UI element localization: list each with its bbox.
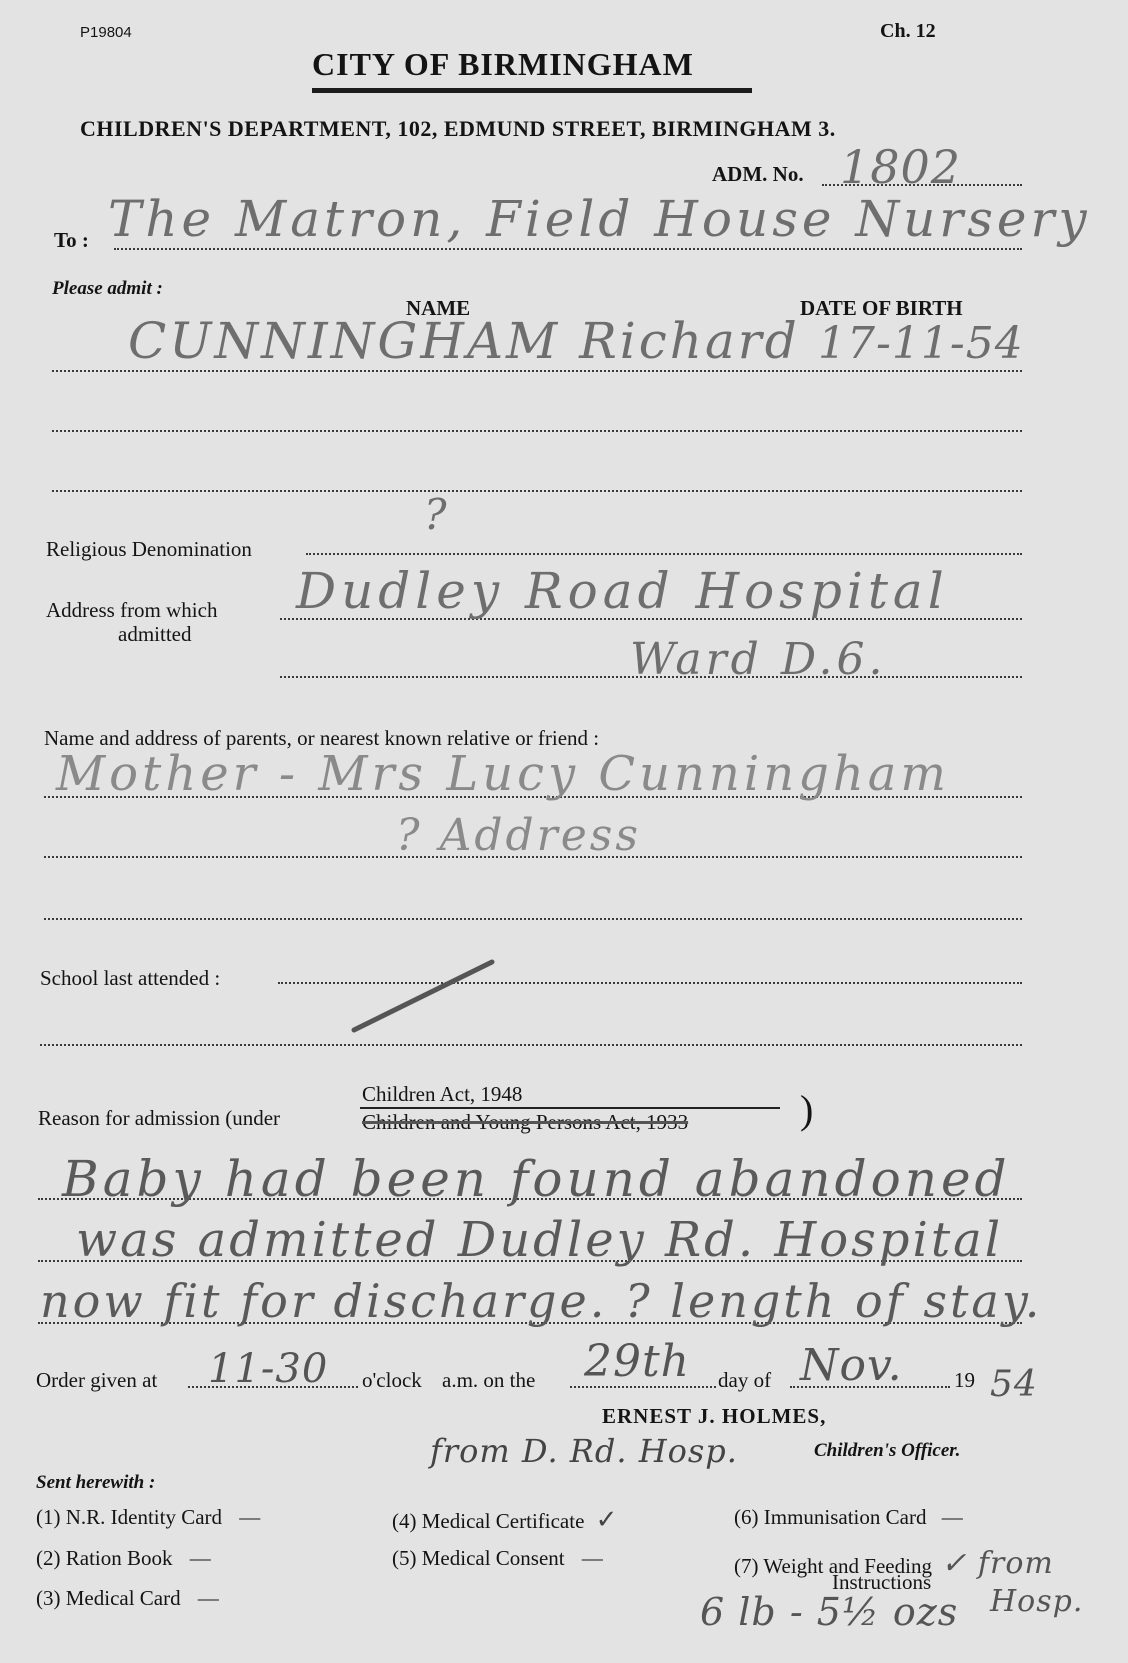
sent-item-5: (5) Medical Consent — (392, 1546, 603, 1571)
department-address: CHILDREN'S DEPARTMENT, 102, EDMUND STREE… (80, 116, 836, 142)
school-dash-mark (348, 956, 498, 1036)
act-divider (360, 1107, 780, 1109)
sent-item-3-label: (3) Medical Card (36, 1586, 181, 1610)
adm-no-label: ADM. No. (712, 162, 804, 187)
sent-item-4: (4) Medical Certificate ✓ (392, 1505, 617, 1535)
reason-value-1: Baby had been found abandoned (62, 1150, 1011, 1208)
ampm-label: a.m. on the (442, 1368, 535, 1393)
reason-value-2: was admitted Dudley Rd. Hospital (76, 1212, 1003, 1268)
check-icon: ✓ (596, 1505, 618, 1534)
religion-line (306, 553, 1022, 555)
form-code: P19804 (80, 24, 132, 41)
oclock-label: o'clock (362, 1368, 422, 1393)
act-1933: Children and Young Persons Act, 1933 (362, 1110, 688, 1135)
address-value-2: Ward D.6. (630, 634, 887, 685)
adm-no-value: 1802 (840, 140, 961, 194)
title-underline (312, 88, 752, 93)
order-time: 11-30 (208, 1346, 328, 1392)
day-of-label: day of (718, 1368, 771, 1393)
sent-item-7-mark: ✓ from (941, 1546, 1054, 1581)
sent-item-6-label: (6) Immunisation Card (734, 1505, 926, 1529)
sent-item-3-mark: — (198, 1586, 219, 1610)
child-dob: 17-11-54 (818, 318, 1024, 369)
sent-item-5-mark: — (582, 1546, 603, 1570)
parents-value-2: ? Address (396, 810, 641, 861)
reason-value-3: now fit for discharge. ? length of stay. (40, 1274, 1042, 1328)
address-label: Address from which (46, 598, 217, 623)
sent-label: Sent herewith : (36, 1472, 155, 1494)
sent-item-2-label: (2) Ration Book (36, 1546, 173, 1570)
sent-item-1-mark: — (239, 1505, 260, 1529)
order-day: 29th (584, 1336, 690, 1387)
sent-item-1: (1) N.R. Identity Card — (36, 1505, 260, 1530)
act-bracket: ) (800, 1086, 813, 1133)
school-line-2 (40, 1044, 1022, 1046)
hosp-note: Hosp. (990, 1584, 1083, 1619)
religion-value: ? (424, 490, 448, 539)
address-label-2: admitted (118, 622, 191, 647)
sent-item-1-label: (1) N.R. Identity Card (36, 1505, 222, 1529)
form-title: CITY OF BIRMINGHAM (312, 46, 694, 83)
name-line-2 (52, 430, 1022, 432)
reason-label: Reason for admission (under (38, 1106, 280, 1131)
year-prefix: 19 (954, 1368, 975, 1393)
sent-item-4-label: (4) Medical Certificate (392, 1509, 584, 1533)
parents-line-3 (44, 918, 1022, 920)
officer-name: ERNEST J. HOLMES, (602, 1404, 826, 1429)
order-month: Nov. (800, 1340, 903, 1391)
to-line (114, 248, 1022, 250)
chapter-label: Ch. 12 (880, 20, 936, 43)
religion-label: Religious Denomination (46, 537, 252, 562)
order-label: Order given at (36, 1368, 157, 1393)
order-year: 54 (990, 1364, 1038, 1405)
to-value: The Matron, Field House Nursery (108, 190, 1091, 248)
to-label: To : (54, 228, 89, 253)
weight-note: 6 lb - 5½ ozs (700, 1590, 958, 1634)
sent-item-6: (6) Immunisation Card — (734, 1505, 963, 1530)
please-admit-label: Please admit : (52, 278, 163, 300)
sent-note: from D. Rd. Hosp. (430, 1432, 738, 1470)
sent-item-6-mark: — (942, 1505, 963, 1529)
parents-value-1: Mother - Mrs Lucy Cunningham (56, 746, 950, 802)
sent-item-2: (2) Ration Book — (36, 1546, 211, 1571)
officer-title: Children's Officer. (814, 1440, 960, 1462)
sent-item-2-mark: — (190, 1546, 211, 1570)
name-line-3 (52, 490, 1022, 492)
name-line-1 (52, 370, 1022, 372)
act-1948: Children Act, 1948 (362, 1082, 522, 1107)
sent-item-5-label: (5) Medical Consent (392, 1546, 565, 1570)
sent-item-3: (3) Medical Card — (36, 1586, 219, 1611)
admission-form: P19804 Ch. 12 CITY OF BIRMINGHAM CHILDRE… (0, 0, 1128, 1663)
school-label: School last attended : (40, 966, 220, 991)
address-value-1: Dudley Road Hospital (296, 562, 949, 620)
child-name: CUNNINGHAM Richard (128, 312, 800, 370)
